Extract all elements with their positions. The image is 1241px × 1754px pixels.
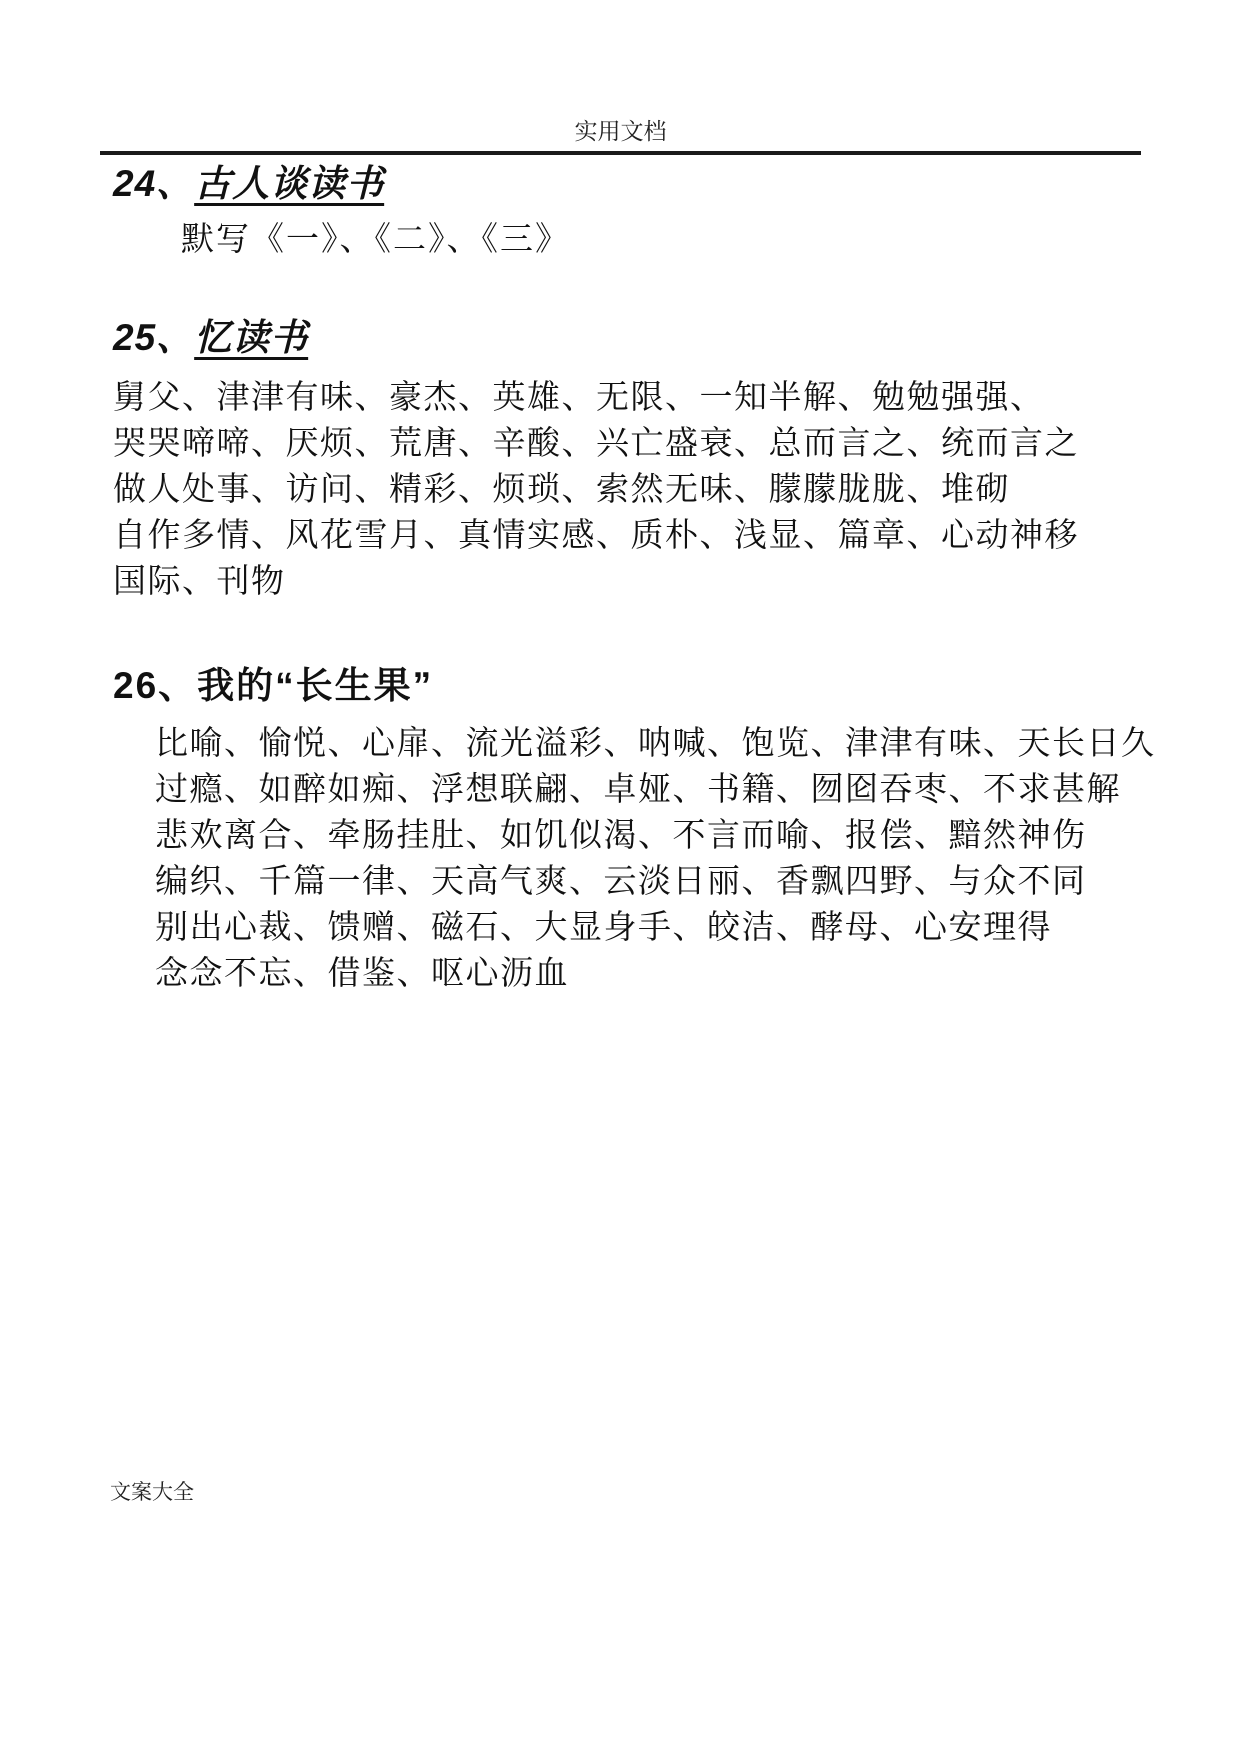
section-25-heading: 25、忆读书 xyxy=(113,314,1151,362)
vocab-line: 过瘾、如醉如痴、浮想联翩、卓娅、书籍、囫囵吞枣、不求甚解 xyxy=(155,766,1151,812)
vocab-line: 自作多情、风花雪月、真情实感、质朴、浅显、篇章、心动神移 xyxy=(113,512,1151,558)
vocab-line: 别出心裁、馈赠、磁石、大显身手、皎洁、酵母、心安理得 xyxy=(155,904,1151,950)
page-header: 实用文档 xyxy=(100,118,1141,155)
section-26-number: 26、 xyxy=(113,665,197,706)
page-footer: 文案大全 xyxy=(110,1476,194,1506)
vocab-line: 悲欢离合、牵肠挂肚、如饥似渴、不言而喻、报偿、黯然神伤 xyxy=(155,812,1151,858)
vocab-line: 比喻、愉悦、心扉、流光溢彩、呐喊、饱览、津津有味、天长日久 xyxy=(155,720,1151,766)
footer-label: 文案大全 xyxy=(110,1480,194,1504)
vocab-line: 舅父、津津有味、豪杰、英雄、无限、一知半解、勉勉强强、 xyxy=(113,374,1151,420)
section-24-heading: 24、古人谈读书 xyxy=(113,160,1151,208)
document-content: 24、古人谈读书 默写《一》、《二》、《三》 25、忆读书 舅父、津津有味、豪杰… xyxy=(113,160,1151,996)
section-26-heading: 26、我的“长生果” xyxy=(113,662,1151,710)
vocab-line: 做人处事、访问、精彩、烦琐、索然无味、朦朦胧胧、堆砌 xyxy=(113,466,1151,512)
section-25-number: 25、 xyxy=(113,317,194,358)
vocab-line: 编织、千篇一律、天高气爽、云淡日丽、香飘四野、与众不同 xyxy=(155,858,1151,904)
section-26-title: 我的“长生果” xyxy=(197,665,433,706)
section-25-vocab-list: 舅父、津津有味、豪杰、英雄、无限、一知半解、勉勉强强、 哭哭啼啼、厌烦、荒唐、辛… xyxy=(113,374,1151,604)
header-title: 实用文档 xyxy=(575,119,667,144)
section-24-dictation-line: 默写《一》、《二》、《三》 xyxy=(181,216,1151,262)
section-24-number: 24、 xyxy=(113,163,194,204)
vocab-line: 哭哭啼啼、厌烦、荒唐、辛酸、兴亡盛衰、总而言之、统而言之 xyxy=(113,420,1151,466)
section-24-title: 古人谈读书 xyxy=(194,163,384,204)
vocab-line: 国际、刊物 xyxy=(113,558,1151,604)
section-26-vocab-list: 比喻、愉悦、心扉、流光溢彩、呐喊、饱览、津津有味、天长日久 过瘾、如醉如痴、浮想… xyxy=(155,720,1151,996)
section-25-title: 忆读书 xyxy=(194,317,308,358)
document-page: 实用文档 24、古人谈读书 默写《一》、《二》、《三》 25、忆读书 舅父、津津… xyxy=(0,0,1241,1754)
vocab-line: 念念不忘、借鉴、呕心沥血 xyxy=(155,950,1151,996)
